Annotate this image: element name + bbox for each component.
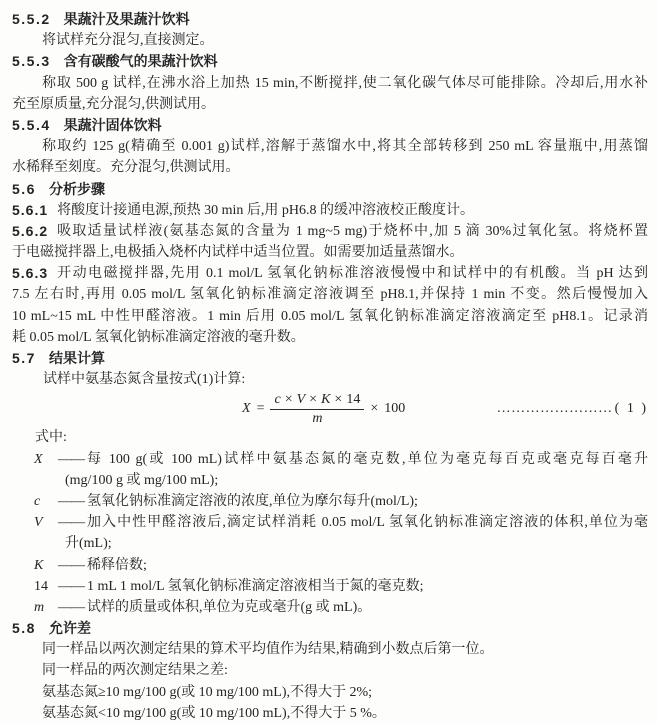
definition-text: 每 100 g(或 100 mL)试样中氨基态氮的毫克数,单位为毫克每百克或毫克… [87, 449, 648, 470]
definition-symbol: V [34, 512, 58, 533]
paragraph-line: 同一样品的两次测定结果之差: [12, 660, 648, 681]
clause-5-6-1: 5.6.1 将酸度计接通电源,预热 30 min 后,用 pH6.8 的缓冲溶液… [12, 200, 648, 221]
paragraph-line: 充至原质量,充分混匀,供测试用。 [12, 94, 648, 115]
definition-c: c —— 氢氧化钠标准滴定溶液的浓度,单位为摩尔每升(mol/L); [12, 491, 648, 512]
definition-dash: —— [58, 555, 84, 576]
definition-dash: —— [58, 449, 84, 470]
document-page: 5.5.2果蔬汁及果蔬汁饮料 将试样充分混匀,直接测定。 5.5.3含有碳酸气的… [0, 0, 658, 724]
clause-number: 5.5.3 [12, 53, 51, 69]
clause-number: 5.6.1 [12, 200, 48, 221]
where-clause-label: 式中: [12, 427, 648, 448]
definition-symbol: K [34, 555, 58, 576]
paragraph-line: 称取约 125 g(精确至 0.001 g)试样,溶解于蒸馏水中,将其全部转移到… [12, 136, 648, 157]
definition-k: K —— 稀释倍数; [12, 555, 648, 576]
formula-variable-x: X [242, 401, 251, 417]
formula-1-row: X = c × V × K × 14 m × 100 …………………… ( 1 … [12, 390, 648, 427]
definition-v: V —— 加入中性甲醛溶液后,滴定试样消耗 0.05 mol/L 氢氧化钠标准滴… [12, 512, 648, 533]
clause-title: 含有碳酸气的果蔬汁饮料 [64, 53, 218, 69]
formula-fraction: c × V × K × 14 m [270, 392, 364, 426]
formula-variable-k: K [321, 392, 330, 407]
clause-number: 5.5.4 [12, 117, 51, 133]
definition-symbol: 14 [34, 576, 58, 597]
clause-title: 果蔬汁固体饮料 [64, 117, 162, 133]
formula-factor-100: 100 [384, 401, 405, 417]
paragraph-line: 将试样充分混匀,直接测定。 [12, 30, 648, 51]
clause-heading-5-5-2: 5.5.2果蔬汁及果蔬汁饮料 [12, 9, 648, 30]
clause-heading-5-5-4: 5.5.4果蔬汁固体饮料 [12, 115, 648, 136]
definition-x: X —— 每 100 g(或 100 mL)试样中氨基态氮的毫克数,单位为毫克每… [12, 449, 648, 470]
clause-number: 5.5.2 [12, 11, 51, 27]
clause-title: 结果计算 [49, 350, 105, 366]
times-sign: × [309, 392, 317, 407]
formula-intro-line: 试样中氨基态氮含量按式(1)计算: [12, 369, 648, 390]
formula-constant-14: 14 [346, 392, 360, 407]
clause-number: 5.6.2 [12, 221, 48, 242]
clause-5-6-3: 5.6.3 开动电磁搅拌器,先用 0.1 mol/L 氢氧化钠标准溶液慢慢中和试… [12, 263, 648, 284]
definition-symbol: m [34, 597, 58, 618]
times-sign: × [370, 401, 378, 417]
clause-heading-5-6: 5.6分析步骤 [12, 179, 648, 200]
definition-dash: —— [58, 597, 84, 618]
clause-text-continuation: 于电磁搅拌器上,电极插入烧杯内试样中适当位置。如需要加适量蒸馏水。 [12, 242, 648, 263]
times-sign: × [285, 392, 293, 407]
paragraph-line: 同一样品以两次测定结果的算术平均值作为结果,精确到小数点后第一位。 [12, 639, 648, 660]
clause-title: 允许差 [49, 620, 91, 636]
clause-text-continuation: 10 mL~15 mL 中性甲醛溶液。1 min 后用 0.05 mol/L 氢… [12, 306, 648, 327]
paragraph-line: 称取 500 g 试样,在沸水浴上加热 15 min,不断搅拌,使二氧化碳气体尽… [12, 73, 648, 94]
definition-text: 1 mL 1 mol/L 氢氧化钠标准滴定溶液相当于氮的毫克数; [87, 576, 424, 597]
clause-text-continuation: 7.5 左右时,再用 0.05 mol/L 氢氧化钠标准滴定溶液调至 pH8.1… [12, 284, 648, 305]
clause-number: 5.7 [12, 350, 36, 366]
equals-sign: = [257, 401, 265, 417]
clause-title: 果蔬汁及果蔬汁饮料 [64, 11, 190, 27]
clause-text: 吸取适量试样液(氨基态氮的含量为 1 mg~5 mg)于烧杯中,加 5 滴 30… [57, 221, 648, 242]
definition-text: 加入中性甲醛溶液后,滴定试样消耗 0.05 mol/L 氢氧化钠标准滴定溶液的体… [87, 512, 648, 533]
definition-v-continuation: 升(mL); [12, 533, 648, 554]
definition-x-continuation: (mg/100 g 或 mg/100 mL); [12, 470, 648, 491]
paragraph-line: 氨基态氮≥10 mg/100 g(或 10 mg/100 mL),不得大于 2%… [12, 682, 648, 703]
clause-5-6-2: 5.6.2 吸取适量试样液(氨基态氮的含量为 1 mg~5 mg)于烧杯中,加 … [12, 221, 648, 242]
formula-equation: X = c × V × K × 14 m × 100 [242, 392, 405, 426]
fraction-denominator: m [312, 410, 322, 426]
formula-number-leader: …………………… ( 1 ) [497, 401, 648, 417]
clause-text: 将酸度计接通电源,预热 30 min 后,用 pH6.8 的缓冲溶液校正酸度计。 [57, 200, 474, 221]
clause-heading-5-8: 5.8允许差 [12, 618, 648, 639]
definition-dash: —— [58, 512, 84, 533]
clause-text: 开动电磁搅拌器,先用 0.1 mol/L 氢氧化钠标准溶液慢慢中和试样中的有机酸… [57, 263, 648, 284]
leader-dots: …………………… [497, 401, 613, 417]
definition-14: 14 —— 1 mL 1 mol/L 氢氧化钠标准滴定溶液相当于氮的毫克数; [12, 576, 648, 597]
clause-heading-5-5-3: 5.5.3含有碳酸气的果蔬汁饮料 [12, 51, 648, 72]
times-sign: × [334, 392, 342, 407]
definition-text: 稀释倍数; [87, 555, 147, 576]
definition-m: m —— 试样的质量或体积,单位为克或毫升(g 或 mL)。 [12, 597, 648, 618]
definition-text: 试样的质量或体积,单位为克或毫升(g 或 mL)。 [87, 597, 371, 618]
definition-symbol: X [34, 449, 58, 470]
clause-number: 5.8 [12, 620, 36, 636]
paragraph-line: 水稀释至刻度。充分混匀,供测试用。 [12, 157, 648, 178]
definition-text: 氢氧化钠标准滴定溶液的浓度,单位为摩尔每升(mol/L); [87, 491, 418, 512]
clause-heading-5-7: 5.7结果计算 [12, 348, 648, 369]
definition-dash: —— [58, 576, 84, 597]
clause-title: 分析步骤 [49, 181, 105, 197]
formula-number-label: ( 1 ) [615, 401, 648, 417]
definition-dash: —— [58, 491, 84, 512]
formula-variable-v: V [297, 392, 306, 407]
formula-variable-c: c [274, 392, 280, 407]
fraction-numerator: c × V × K × 14 [270, 392, 364, 410]
clause-number: 5.6.3 [12, 263, 48, 284]
paragraph-line: 氨基态氮<10 mg/100 g(或 10 mg/100 mL),不得大于 5 … [12, 703, 648, 724]
clause-text-continuation: 耗 0.05 mol/L 氢氧化钠标准滴定溶液的毫升数。 [12, 327, 648, 348]
definition-symbol: c [34, 491, 58, 512]
clause-number: 5.6 [12, 181, 36, 197]
